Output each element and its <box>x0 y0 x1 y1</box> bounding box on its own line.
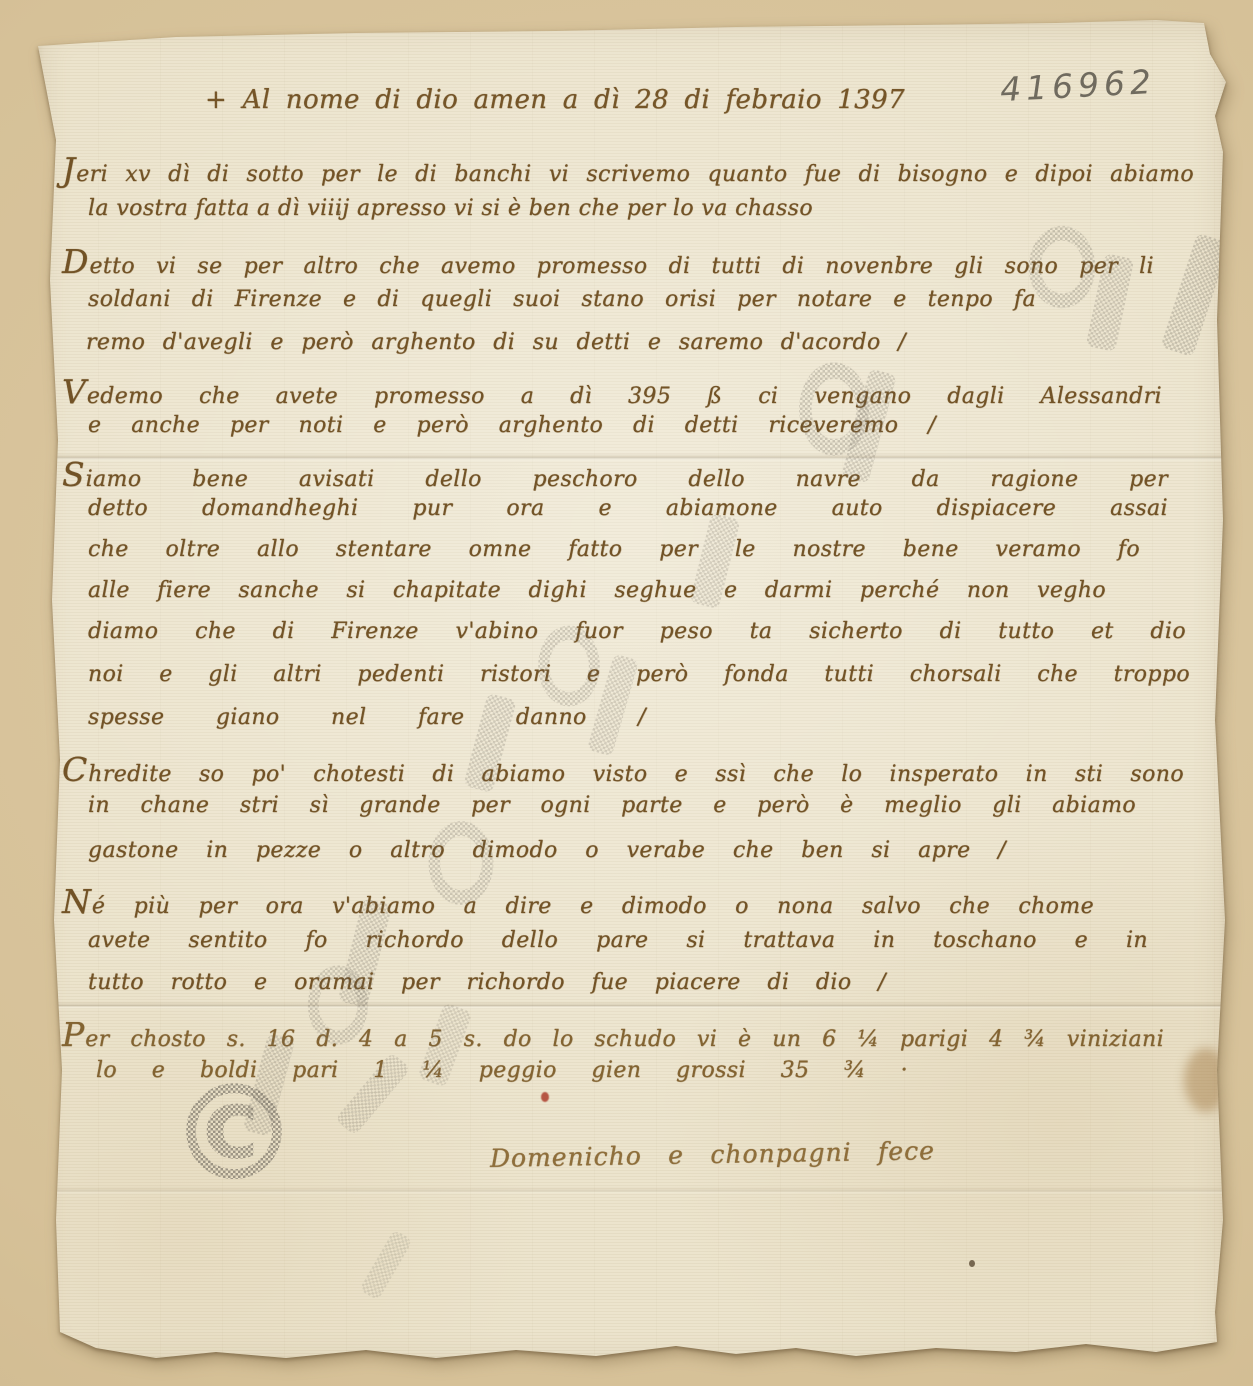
watermark-fragment <box>1160 233 1229 358</box>
letter-line: diamo che di Firenze v'abino fuor peso t… <box>88 619 1186 661</box>
edge-stain <box>1184 1048 1228 1112</box>
letter-line: remo d'avegli e però arghento di su dett… <box>86 330 906 372</box>
letter-line: gastone in pezze o altro dimodo o verabe… <box>88 838 1006 880</box>
copyright-watermark-icon: © <box>168 1068 300 1200</box>
letter-line: detto domandheghi pur ora e abiamone aut… <box>88 496 1168 538</box>
letter-line: soldani di Firenze e di quegli suoi stan… <box>88 287 1036 329</box>
letter-line: Vedemo che avete promesso a dì 395 ß ci … <box>62 372 1162 414</box>
letter-line: la vostra fatta a dì viiij apresso vi si… <box>88 196 648 238</box>
letter-line: che oltre allo stentare omne fatto per l… <box>88 537 1140 579</box>
letter-line: noi e gli altri pedenti ristori e però f… <box>88 662 1190 704</box>
watermark-fragment <box>359 1229 413 1301</box>
heading-line: + Al nome di dio amen a dì 28 di febraio… <box>205 85 905 127</box>
paper-wrap: 416962 + Al nome di dio amen a dì 28 di … <box>36 20 1228 1366</box>
letter-line: Per chosto s. 16 d. 4 a 5 s. do lo schud… <box>62 1015 1164 1057</box>
letter-line: avete sentito fo richordo dello pare si … <box>88 928 1148 970</box>
signature-line: Domenicho e chonpagni fece <box>490 1136 936 1186</box>
letter-line: alle fiere sanche si chapitate dighi seg… <box>88 578 1106 620</box>
letter-line: Chredite so po' chotesti di abiamo visto… <box>62 750 1184 792</box>
letter-line: Jeri xv dì di sotto per le di banchi vi … <box>62 150 1194 192</box>
letter-line: spesse giano nel fare danno / <box>88 705 646 747</box>
letter-line: tutto rotto e oramai per richordo fue pi… <box>88 970 886 1012</box>
letter-line: Né più per ora v'abiamo a dire e dimodo … <box>62 882 1094 924</box>
scanner-mat: 416962 + Al nome di dio amen a dì 28 di … <box>0 0 1253 1386</box>
paper-sheet: 416962 + Al nome di dio amen a dì 28 di … <box>36 20 1228 1366</box>
letter-line: Siamo bene avisati dello peschoro dello … <box>62 455 1168 497</box>
pinhole-speck <box>969 1260 975 1267</box>
letter-line: e anche per noti e però arghento di dett… <box>88 413 936 455</box>
archive-number: 416962 <box>999 62 1157 109</box>
letter-line: Detto vi se per altro che avemo promesso… <box>62 242 1154 284</box>
letter-line: in chane stri sì grande per ogni parte e… <box>88 793 1136 835</box>
